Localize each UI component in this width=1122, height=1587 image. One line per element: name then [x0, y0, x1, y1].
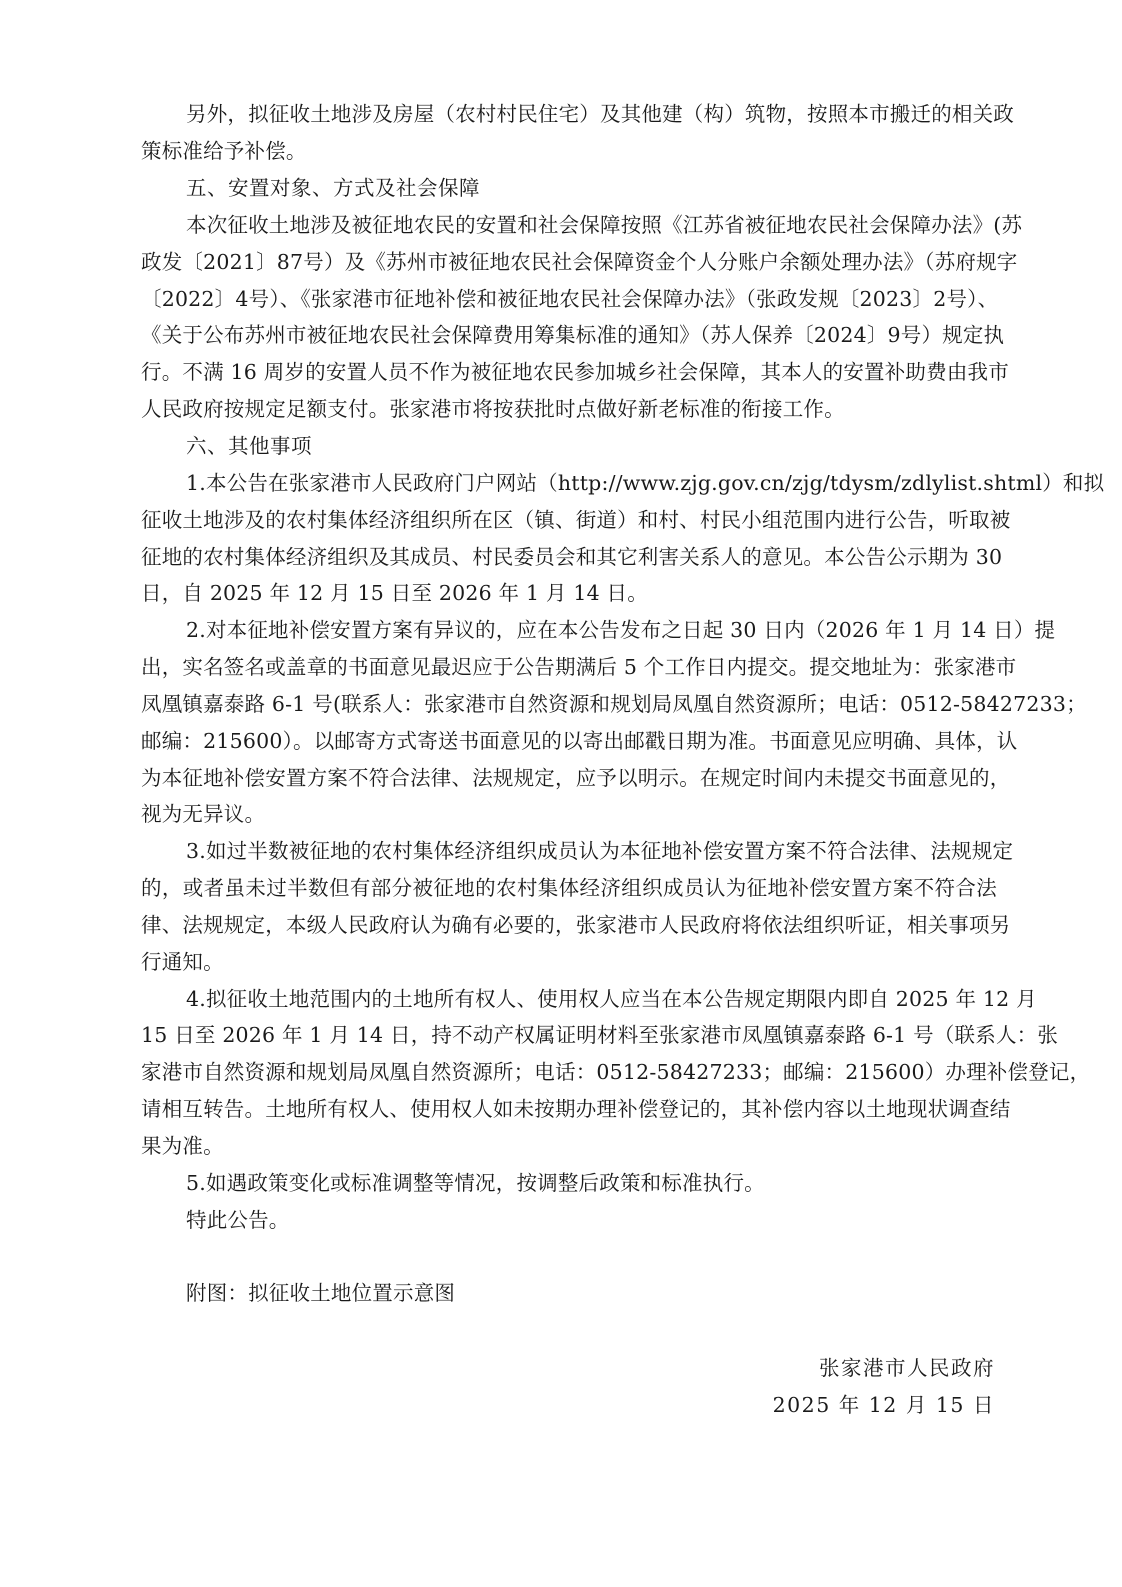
item-3-line: 的，或者虽未过半数但有部分被征地的农村集体经济组织成员认为征地补偿安置方案不符合…: [141, 874, 997, 902]
item-2-line: 出，实名签名或盖章的书面意见最迟应于公告期满后 5 个工作日内提交。提交地址为：…: [141, 653, 997, 681]
item-3-line: 3.如过半数被征地的农村集体经济组织成员认为本征地补偿安置方案不符合法律、法规规…: [186, 837, 997, 865]
attachment-note: 附图：拟征收土地位置示意图: [186, 1279, 997, 1307]
item-2-line: 2.对本征地补偿安置方案有异议的，应在本公告发布之日起 30 日内（2026 年…: [186, 616, 997, 644]
document-page: 另外，拟征收土地涉及房屋（农村村民住宅）及其他建（构）筑物，按照本市搬迁的相关政…: [0, 0, 1122, 1587]
item-4-line: 果为准。: [141, 1132, 997, 1160]
item-5-line: 5.如遇政策变化或标准调整等情况，按调整后政策和标准执行。: [186, 1169, 997, 1197]
item-2-line: 视为无异议。: [141, 800, 997, 828]
paragraph-line: 《关于公布苏州市被征地农民社会保障费用筹集标准的通知》（苏人保养〔2024〕9号…: [141, 321, 997, 349]
paragraph-line: 〔2022〕4号）、《张家港市征地补偿和被征地农民社会保障办法》（张政发规〔20…: [141, 285, 997, 313]
item-4-line: 家港市自然资源和规划局凤凰自然资源所；电话：0512-58427233；邮编：2…: [141, 1058, 997, 1086]
item-2-line: 邮编：215600）。以邮寄方式寄送书面意见的以寄出邮戳日期为准。书面意见应明确…: [141, 727, 997, 755]
item-4-line: 15 日至 2026 年 1 月 14 日，持不动产权属证明材料至张家港市凤凰镇…: [141, 1021, 997, 1049]
item-1-line: 征地的农村集体经济组织及其成员、村民委员会和其它利害关系人的意见。本公告公示期为…: [141, 543, 997, 571]
section-heading-6: 六、其他事项: [186, 432, 997, 460]
paragraph-line: 本次征收土地涉及被征地农民的安置和社会保障按照《江苏省被征地农民社会保障办法》(…: [186, 211, 997, 239]
item-3-line: 行通知。: [141, 948, 997, 976]
issue-date: 2025 年 12 月 15 日: [773, 1391, 995, 1419]
paragraph-line: 人民政府按规定足额支付。张家港市将按获批时点做好新老标准的衔接工作。: [141, 395, 997, 423]
item-1-line: 日，自 2025 年 12 月 15 日至 2026 年 1 月 14 日。: [141, 579, 997, 607]
item-1-line: 征收土地涉及的农村集体经济组织所在区（镇、街道）和村、村民小组范围内进行公告，听…: [141, 506, 997, 534]
item-2-line: 为本征地补偿安置方案不符合法律、法规规定，应予以明示。在规定时间内未提交书面意见…: [141, 764, 997, 792]
issuer-name: 张家港市人民政府: [819, 1354, 995, 1382]
closing-statement: 特此公告。: [186, 1206, 997, 1234]
paragraph-line: 政发〔2021〕87号）及《苏州市被征地农民社会保障资金个人分账户余额处理办法》…: [141, 248, 997, 276]
item-4-line: 4.拟征收土地范围内的土地所有权人、使用权人应当在本公告规定期限内即自 2025…: [186, 985, 997, 1013]
item-3-line: 律、法规规定，本级人民政府认为确有必要的，张家港市人民政府将依法组织听证，相关事…: [141, 911, 997, 939]
paragraph-line: 策标准给予补偿。: [141, 137, 997, 165]
item-2-line: 凤凰镇嘉泰路 6-1 号(联系人：张家港市自然资源和规划局凤凰自然资源所；电话：…: [141, 690, 997, 718]
section-heading-5: 五、安置对象、方式及社会保障: [186, 174, 997, 202]
item-1-line: 1.本公告在张家港市人民政府门户网站（http://www.zjg.gov.cn…: [186, 469, 997, 497]
paragraph-line: 另外，拟征收土地涉及房屋（农村村民住宅）及其他建（构）筑物，按照本市搬迁的相关政: [186, 100, 997, 128]
paragraph-line: 行。不满 16 周岁的安置人员不作为被征地农民参加城乡社会保障，其本人的安置补助…: [141, 358, 997, 386]
item-4-line: 请相互转告。土地所有权人、使用权人如未按期办理补偿登记的，其补偿内容以土地现状调…: [141, 1095, 997, 1123]
